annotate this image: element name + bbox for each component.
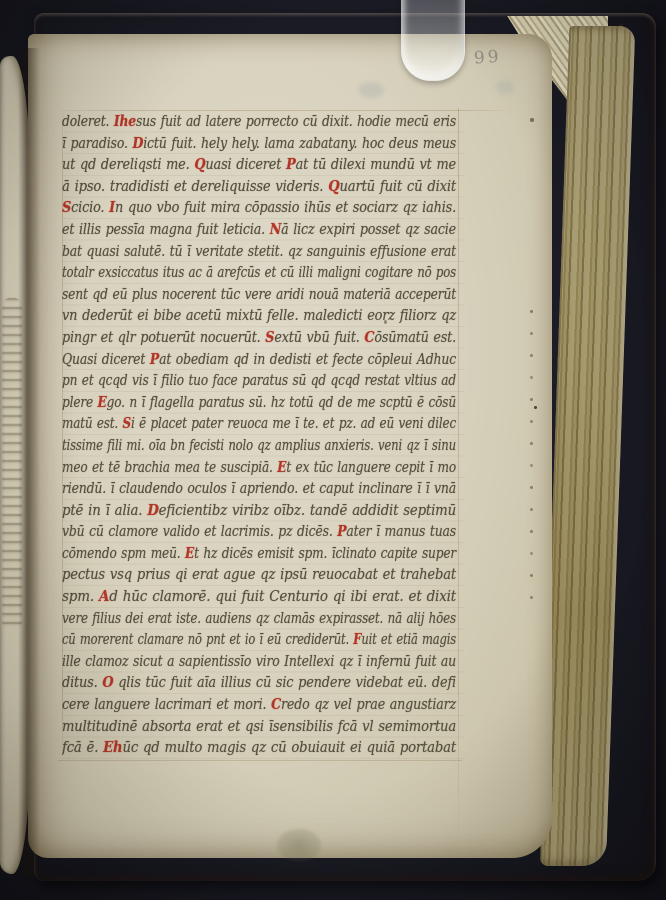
rubricated-initial: O bbox=[102, 674, 113, 691]
rubricated-initial: C bbox=[271, 696, 281, 713]
rubricated-initial: Ihe bbox=[114, 113, 136, 130]
manuscript-line: doleret. Ihesus fuit ad latere porrecto … bbox=[62, 111, 464, 133]
manuscript-line: ā ipso. tradidisti et dereliquisse vider… bbox=[62, 176, 464, 198]
pricking-holes bbox=[530, 310, 533, 313]
manuscript-line: et illis pessīa magna fuit leticia. Nā l… bbox=[62, 219, 464, 241]
rubricated-initial: S bbox=[62, 199, 71, 216]
rubricated-initial: Q bbox=[328, 178, 339, 195]
rubricated-initial: C bbox=[364, 329, 374, 346]
manuscript-line: fcā ē. Ehūc qd multo magis qz cū obuiaui… bbox=[62, 737, 464, 759]
manuscript-line: spm. Ad hūc clamorē. qui fuit Centurio q… bbox=[62, 586, 464, 608]
rubricated-initial: A bbox=[99, 588, 109, 605]
manuscript-line: sent qd eū plus nocerent tūc vere aridi … bbox=[62, 284, 464, 306]
manuscript-line: matū est. Si ē placet pater reuoca me ī … bbox=[62, 413, 464, 435]
manuscript-line: pn et qcqd vis ī filio tuo face paratus … bbox=[62, 370, 464, 392]
ink-smudge bbox=[358, 82, 384, 98]
facing-page-text-blur bbox=[2, 298, 22, 630]
manuscript-line: Quasi diceret Pat obediam qd in dedisti … bbox=[62, 349, 464, 371]
manuscript-line: vere filius dei erat iste. audiens qz cl… bbox=[62, 608, 464, 630]
rubricated-initial: P bbox=[286, 156, 296, 173]
manuscript-line: multitudinē absorta erat et qsi īsensibi… bbox=[62, 716, 464, 738]
rubricated-initial: P bbox=[337, 523, 346, 540]
manuscript-line: pectus vsq prius qi erat ague qz ipsū re… bbox=[62, 564, 464, 586]
manuscript-line: riendū. ī claudendo oculos ī apriendo. e… bbox=[62, 478, 464, 500]
rubricated-initial: S bbox=[265, 329, 274, 346]
rubricated-initial: D bbox=[132, 135, 143, 152]
manuscript-line: bat quasi salutē. tū ī veritate stetit. … bbox=[62, 241, 464, 263]
manuscript-line: ut qd dereliqsti me. Quasi diceret Pat t… bbox=[62, 154, 464, 176]
parchment-speck bbox=[534, 406, 537, 409]
rubricated-initial: Q bbox=[194, 156, 205, 173]
parchment-speck bbox=[384, 320, 387, 324]
facing-page-edge bbox=[0, 56, 30, 874]
manuscript-line: ptē in ī alia. Deficientibz viribz oībz.… bbox=[62, 500, 464, 522]
rubricated-initial: S bbox=[123, 415, 131, 432]
manuscript-line: tissime fili mi. oīa bn fecisti nolo qz … bbox=[62, 435, 464, 457]
rubricated-initial: E bbox=[277, 459, 286, 476]
ink-smudge bbox=[496, 80, 514, 94]
rubricated-initial: D bbox=[147, 502, 158, 519]
manuscript-line: plere Ego. n ī flagella paratus sū. hz t… bbox=[62, 392, 464, 414]
manuscript-photo: 99 doleret. Ihesus fuit ad latere porrec… bbox=[0, 0, 666, 900]
rubricated-initial: N bbox=[270, 221, 281, 238]
transparent-book-strap bbox=[401, 0, 465, 81]
rubricated-initial: E bbox=[98, 394, 107, 411]
manuscript-line: totalr exsiccatus itus ac ā arefcūs et c… bbox=[62, 262, 464, 284]
parchment-speck bbox=[530, 118, 534, 122]
rubricated-initial: Eh bbox=[103, 739, 122, 756]
manuscript-line: cere languere lacrimari et mori. Credo q… bbox=[62, 694, 464, 716]
parchment-stain bbox=[276, 828, 322, 862]
manuscript-text: doleret. Ihesus fuit ad latere porrecto … bbox=[62, 111, 464, 761]
manuscript-line: ille clamoz sicut a sapientissīo viro In… bbox=[62, 651, 464, 673]
manuscript-line: ī paradiso. Dictū fuit. hely hely. lama … bbox=[62, 133, 464, 155]
manuscript-line: vn dederūt ei bibe acetū mixtū felle. ma… bbox=[62, 305, 464, 327]
rubricated-initial: F bbox=[353, 631, 361, 648]
rubricated-initial: P bbox=[150, 351, 159, 368]
manuscript-line: meo et tē brachia mea te suscipiā. Et ex… bbox=[62, 457, 464, 479]
manuscript-line: cū morerent clamare nō pnt et io ī eū cr… bbox=[62, 629, 464, 651]
manuscript-line: vbū cū clamore valido et lacrimis. pz di… bbox=[62, 521, 464, 543]
manuscript-line: pingr et qlr potuerūt nocuerūt. Sextū vb… bbox=[62, 327, 464, 349]
manuscript-page: 99 doleret. Ihesus fuit ad latere porrec… bbox=[28, 34, 552, 858]
rubricated-initial: E bbox=[185, 545, 194, 562]
manuscript-line: Scicio. In quo vbo fuit mira cōpassio ih… bbox=[62, 197, 464, 219]
folio-number: 99 bbox=[473, 42, 521, 71]
manuscript-line: cōmendo spm meū. Et hz dicēs emisit spm.… bbox=[62, 543, 464, 565]
manuscript-line: ditus. O qlis tūc fuit aīa illius cū sic… bbox=[62, 672, 464, 694]
